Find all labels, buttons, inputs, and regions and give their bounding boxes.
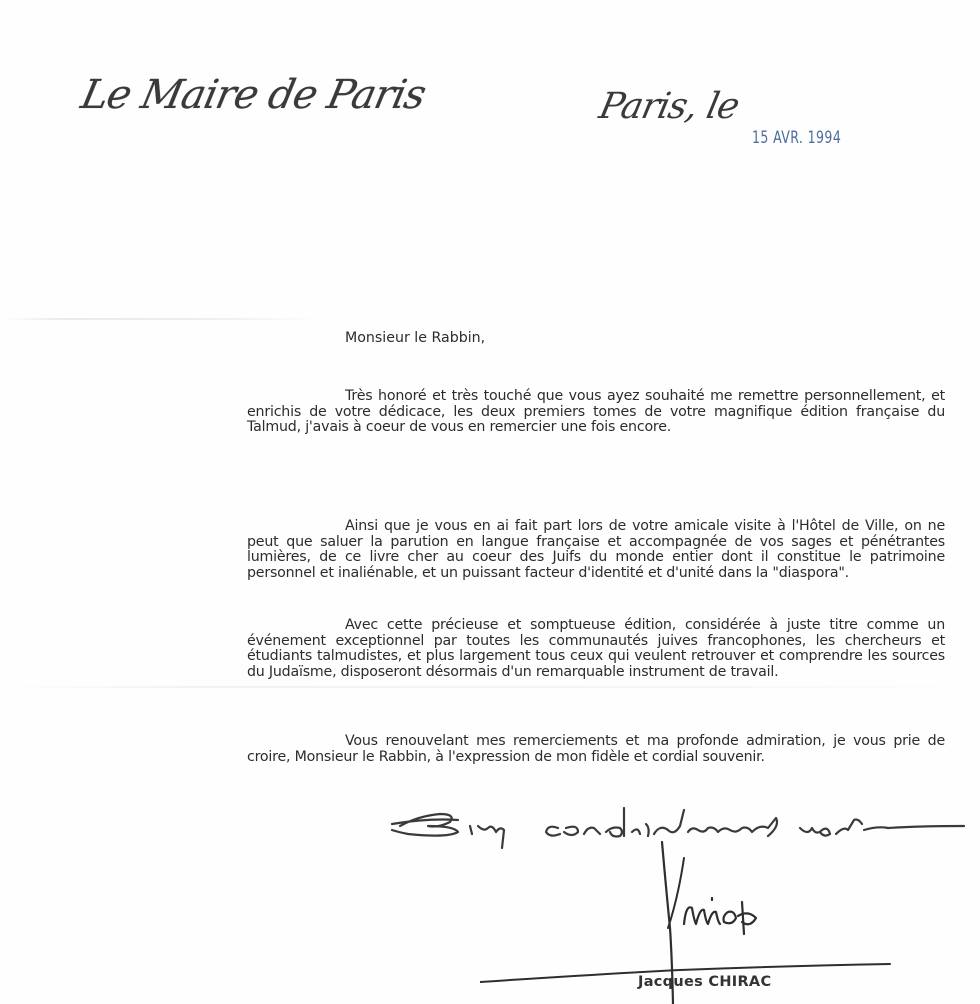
paragraph-1: Très honoré et très touché que vous ayez… [247, 389, 945, 436]
salutation: Monsieur le Rabbin, [345, 330, 485, 346]
paragraph-2: Ainsi que je vous en ai fait part lors d… [247, 519, 945, 581]
paragraph-3: Avec cette précieuse et somptueuse éditi… [247, 618, 945, 680]
letterhead-title: Le Maire de Paris [77, 72, 429, 118]
paragraph-text: Avec cette précieuse et somptueuse éditi… [247, 618, 945, 680]
paper-fold-line [0, 686, 980, 688]
place-label: Paris, le [596, 86, 743, 127]
paragraph-text: Très honoré et très touché que vous ayez… [247, 389, 945, 436]
letter-page: Le Maire de Paris Paris, le 15 AVR. 1994… [0, 0, 980, 1004]
paragraph-text: Vous renouvelant mes remerciements et ma… [247, 734, 945, 765]
date-stamp: 15 AVR. 1994 [752, 128, 841, 148]
paper-fold-line [0, 318, 320, 320]
paragraph-text: Ainsi que je vous en ai fait part lors d… [247, 519, 945, 581]
paragraph-4: Vous renouvelant mes remerciements et ma… [247, 734, 945, 765]
signer-name: Jacques CHIRAC [638, 974, 771, 990]
